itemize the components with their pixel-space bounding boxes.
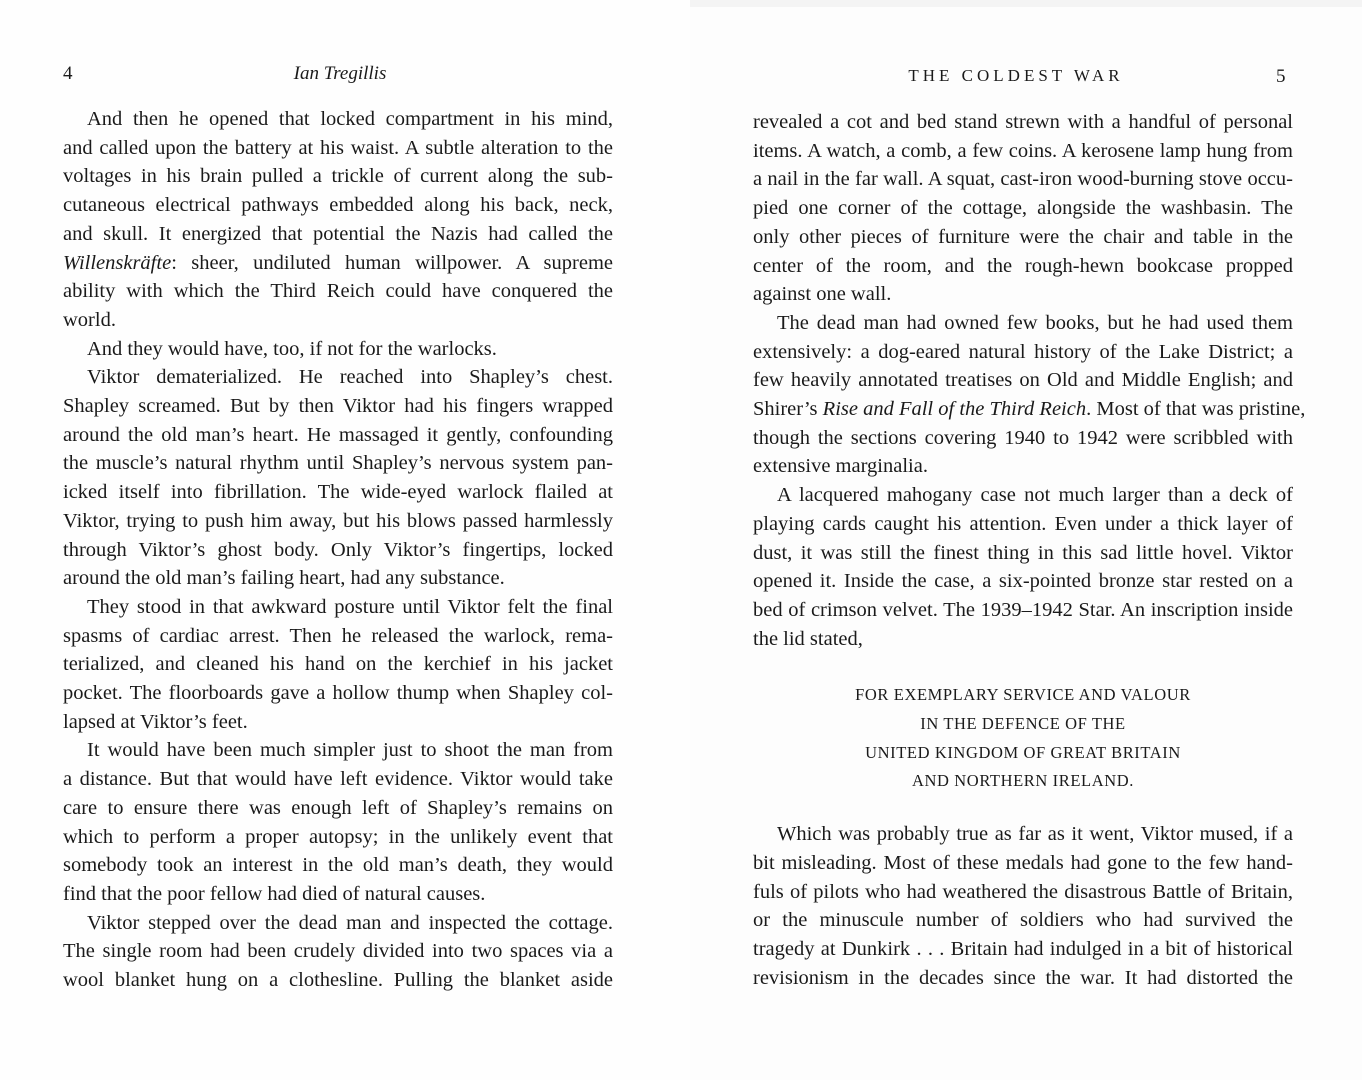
text-line: against one wall.: [753, 280, 1293, 309]
text-line: extensively: a dog-eared natural history…: [753, 338, 1293, 367]
paragraph: Viktor dematerialized. He reached into S…: [63, 363, 613, 593]
running-head-author: Ian Tregillis: [0, 63, 680, 85]
text-line: revealed a cot and bed stand strewn with…: [753, 108, 1293, 137]
text-line: bit misleading. Most of these medals had…: [753, 849, 1293, 878]
text-line: extensive marginalia.: [753, 452, 1293, 481]
text-line: fuls of pilots who had weathered the dis…: [753, 878, 1293, 907]
text-line: dust, it was still the finest thing in t…: [753, 539, 1293, 568]
paragraph-continues: Viktor stepped over the dead man and ins…: [63, 909, 613, 995]
italic-title: Willenskräfte: [63, 252, 171, 274]
text-line-with-italic: Shirer’s Rise and Fall of the Third Reic…: [753, 395, 1293, 424]
text-line: spasms of cardiac arrest. Then he releas…: [63, 622, 613, 651]
paragraph: The dead man had owned few books, but he…: [753, 309, 1293, 481]
text-line-with-italic: Willenskräfte: sheer, undiluted human wi…: [63, 249, 613, 278]
text-line: which to perform a proper autopsy; in th…: [63, 823, 613, 852]
text-line: cutaneous electrical pathways embedded a…: [63, 191, 613, 220]
text-line: only other pieces of furniture were the …: [753, 223, 1293, 252]
text-line: Which was probably true as far as it wen…: [753, 820, 1293, 849]
book-spread: 4 Ian Tregillis And then he opened that …: [0, 0, 1362, 1080]
paragraph: It would have been much simpler just to …: [63, 736, 613, 908]
text-line: It would have been much simpler just to …: [63, 736, 613, 765]
text-line: center of the room, and the rough-hewn b…: [753, 252, 1293, 281]
paragraph-continued: revealed a cot and bed stand strewn with…: [753, 108, 1293, 309]
paragraph: A lacquered mahogany case not much large…: [753, 481, 1293, 653]
text-line: The dead man had owned few books, but he…: [753, 309, 1293, 338]
text-line: wool blanket hung on a clothesline. Pull…: [63, 966, 613, 995]
text-line: Viktor, trying to push him away, but his…: [63, 507, 613, 536]
text-line: playing cards caught his attention. Even…: [753, 510, 1293, 539]
text-line: the lid stated,: [753, 625, 1293, 654]
text-line: around the old man’s heart. He massaged …: [63, 421, 613, 450]
text-line: find that the poor fellow had died of na…: [63, 880, 613, 909]
text-line: A lacquered mahogany case not much large…: [753, 481, 1293, 510]
left-page: 4 Ian Tregillis And then he opened that …: [0, 0, 690, 1080]
right-page: THE COLDEST WAR 5 revealed a cot and bed…: [690, 0, 1362, 1080]
text-line: bed of crimson velvet. The 1939–1942 Sta…: [753, 596, 1293, 625]
text-line: care to ensure there was enough left of …: [63, 794, 613, 823]
body-text: revealed a cot and bed stand strewn with…: [753, 108, 1293, 992]
inscription-line: IN THE DEFENCE OF THE: [753, 710, 1293, 739]
inscription-line: AND NORTHERN IRELAND.: [753, 767, 1293, 796]
text-line: around the old man’s failing heart, had …: [63, 564, 613, 593]
text-line: ability with which the Third Reich could…: [63, 277, 613, 306]
text-line: a distance. But that would have left evi…: [63, 765, 613, 794]
text-line: And then he opened that locked compartme…: [63, 105, 613, 134]
text-line: items. A watch, a comb, a few coins. A k…: [753, 137, 1293, 166]
paragraph: And they would have, too, if not for the…: [63, 335, 613, 364]
inscription-line: FOR EXEMPLARY SERVICE AND VALOUR: [753, 681, 1293, 710]
text-line: revisionism in the decades since the war…: [753, 964, 1293, 993]
text-line: Viktor dematerialized. He reached into S…: [63, 363, 613, 392]
text-line: lapsed at Viktor’s feet.: [63, 708, 613, 737]
text-line: and skull. It energized that potential t…: [63, 220, 613, 249]
text-line: somebody took an interest in the old man…: [63, 851, 613, 880]
text-line: icked itself into fibrillation. The wide…: [63, 478, 613, 507]
paragraph-continues: Which was probably true as far as it wen…: [753, 820, 1293, 992]
paragraph: They stood in that awkward posture until…: [63, 593, 613, 737]
text-line: tragedy at Dunkirk . . . Britain had ind…: [753, 935, 1293, 964]
text-line: Shapley screamed. But by then Viktor had…: [63, 392, 613, 421]
text-line: a nail in the far wall. A squat, cast-ir…: [753, 165, 1293, 194]
body-text: And then he opened that locked compartme…: [63, 105, 613, 995]
text-line: few heavily annotated treatises on Old a…: [753, 366, 1293, 395]
running-head-book-title: THE COLDEST WAR: [690, 66, 1342, 86]
text-line: They stood in that awkward posture until…: [63, 593, 613, 622]
text-line: voltages in his brain pulled a trickle o…: [63, 162, 613, 191]
text-line: world.: [63, 306, 613, 335]
text-line: the muscle’s natural rhythm until Shaple…: [63, 449, 613, 478]
text-line: And they would have, too, if not for the…: [63, 335, 613, 364]
text-line: pied one corner of the cottage, alongsid…: [753, 194, 1293, 223]
text-line: pocket. The floorboards gave a hollow th…: [63, 679, 613, 708]
text-line: through Viktor’s ghost body. Only Viktor…: [63, 536, 613, 565]
text-line: and called upon the battery at his waist…: [63, 134, 613, 163]
text-line: opened it. Inside the case, a six-pointe…: [753, 567, 1293, 596]
medal-inscription: FOR EXEMPLARY SERVICE AND VALOUR IN THE …: [753, 681, 1293, 796]
text-line: though the sections covering 1940 to 194…: [753, 424, 1293, 453]
text-line: terialized, and cleaned his hand on the …: [63, 650, 613, 679]
paragraph: And then he opened that locked compartme…: [63, 105, 613, 335]
italic-title: Rise and Fall of the Third Reich: [823, 398, 1086, 420]
inscription-line: UNITED KINGDOM OF GREAT BRITAIN: [753, 739, 1293, 768]
page-number: 5: [1276, 66, 1286, 88]
text-line: The single room had been crudely divided…: [63, 937, 613, 966]
text-line: Viktor stepped over the dead man and ins…: [63, 909, 613, 938]
text-line: or the minuscule number of soldiers who …: [753, 906, 1293, 935]
